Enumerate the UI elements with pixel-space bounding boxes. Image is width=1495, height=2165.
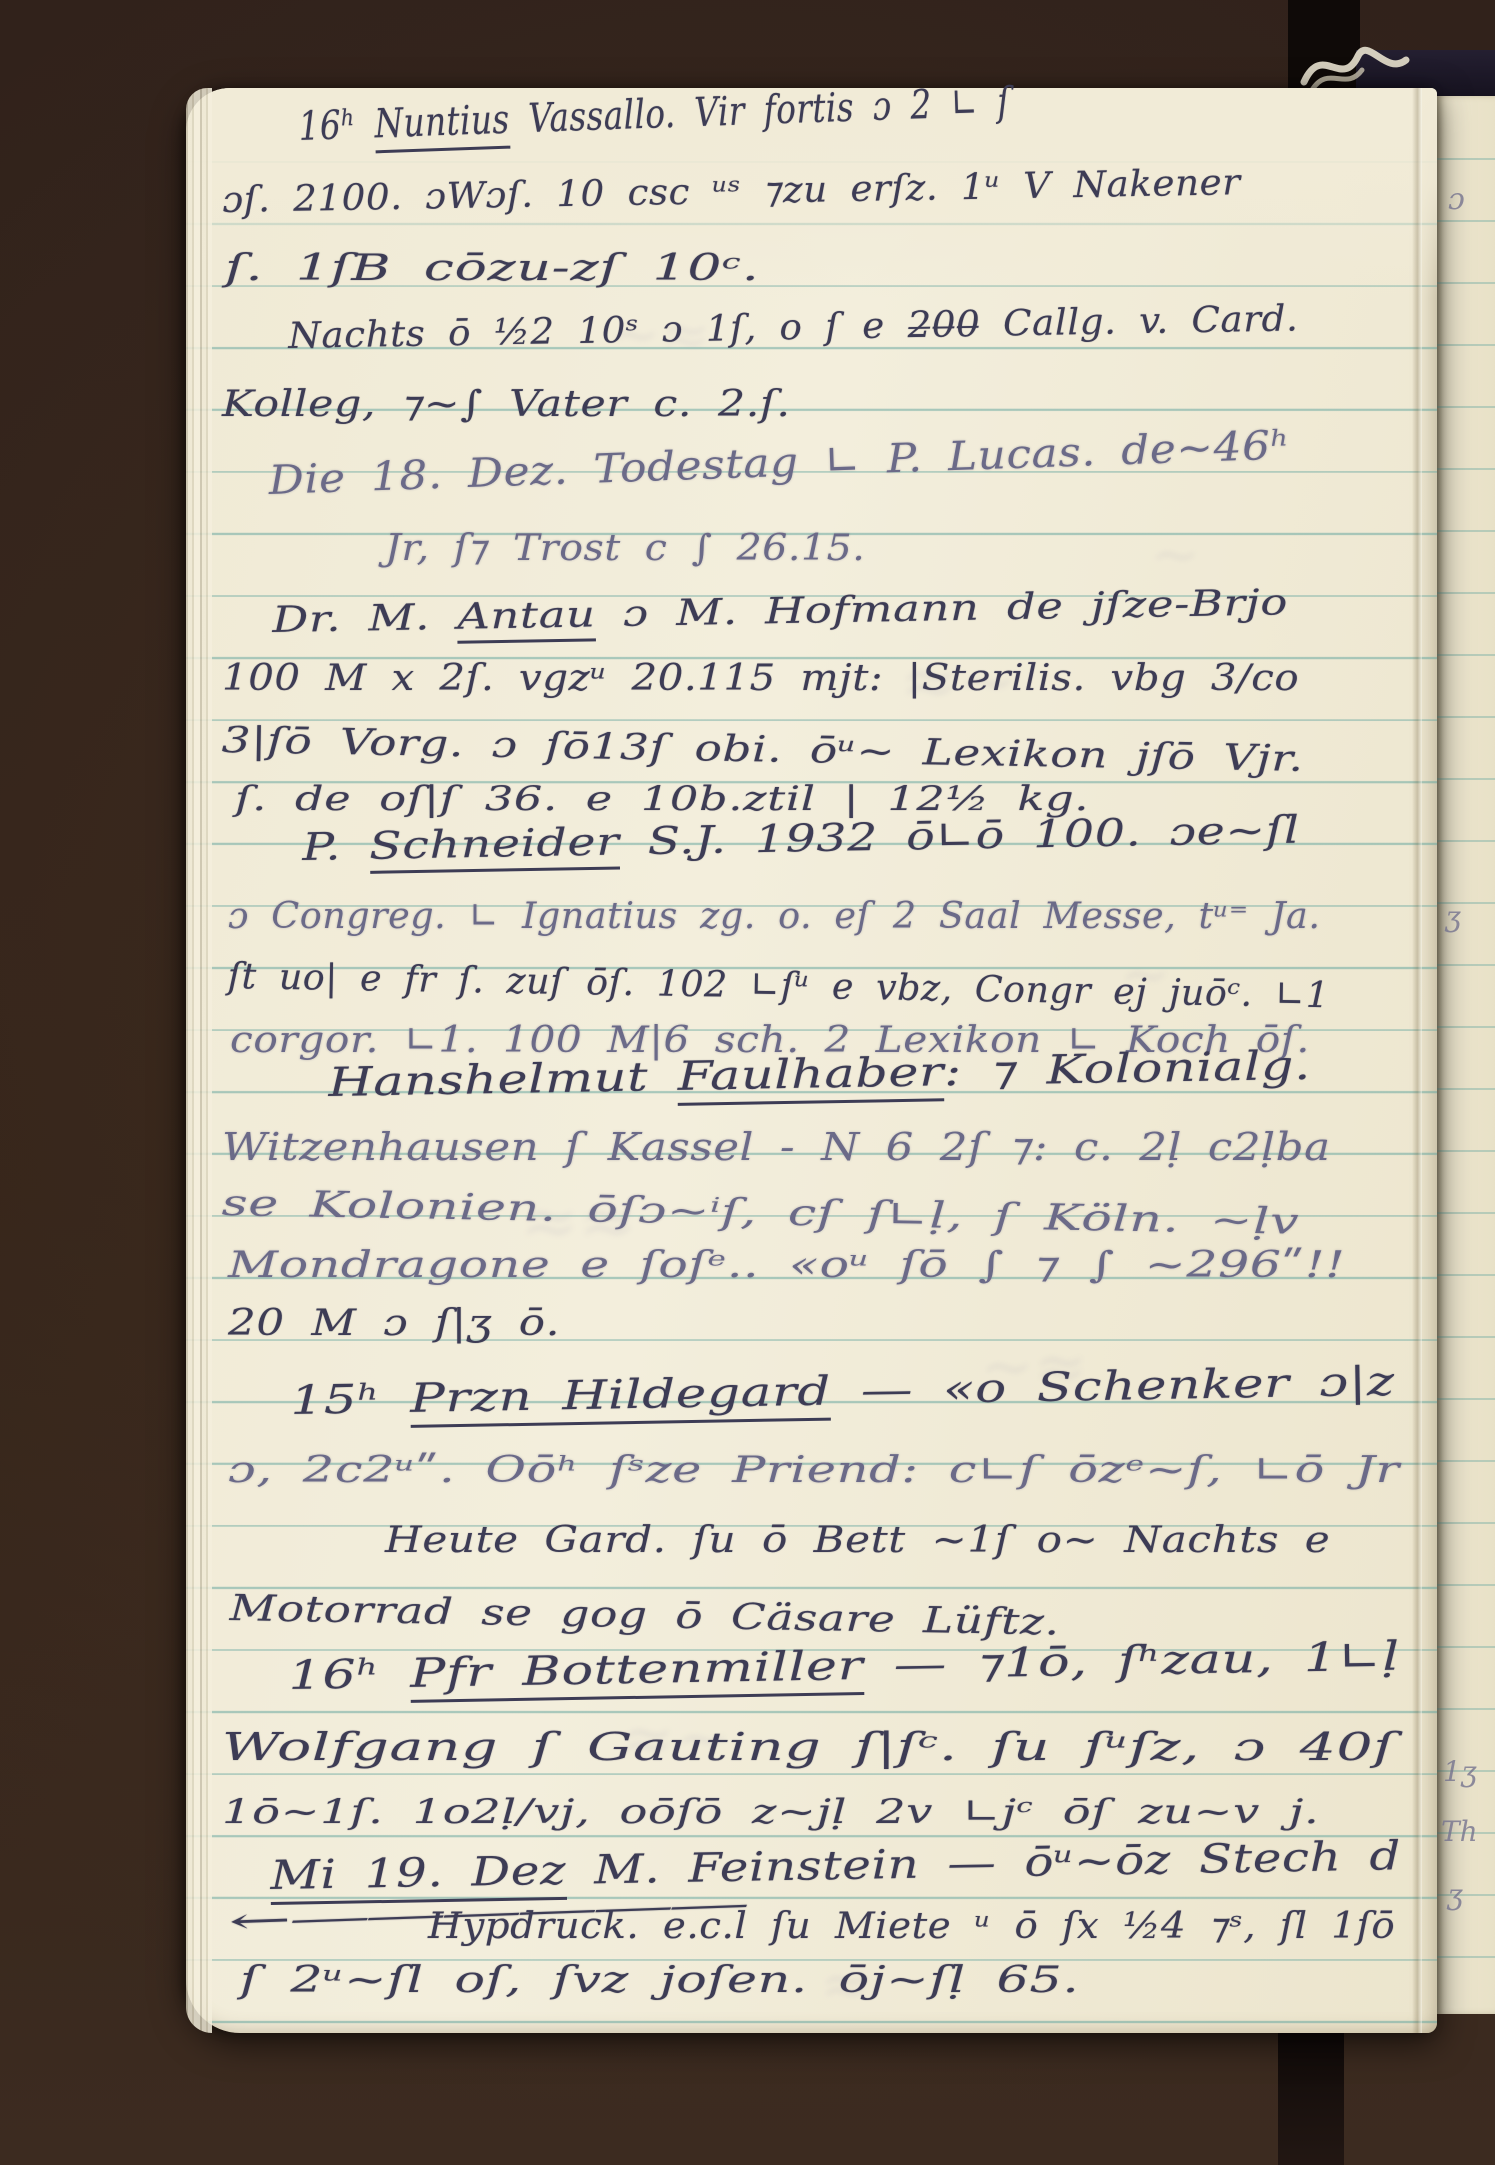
adjacent-page-mark: ʒ xyxy=(1445,900,1461,933)
photo-of-diary: ~≈≈~~≈≈~≈~≈~≈ 16ʰ Nuntius Vassallo. Vir … xyxy=(0,0,1495,2165)
adjacent-page-mark: 1ʒ xyxy=(1443,1755,1477,1788)
adjacent-page-marks: ɔʒ1ʒThʒ xyxy=(0,0,1495,2165)
adjacent-page-mark: ʒ xyxy=(1447,1878,1463,1911)
adjacent-page-mark: ɔ xyxy=(1448,182,1465,217)
adjacent-page-mark: Th xyxy=(1441,1815,1478,1848)
